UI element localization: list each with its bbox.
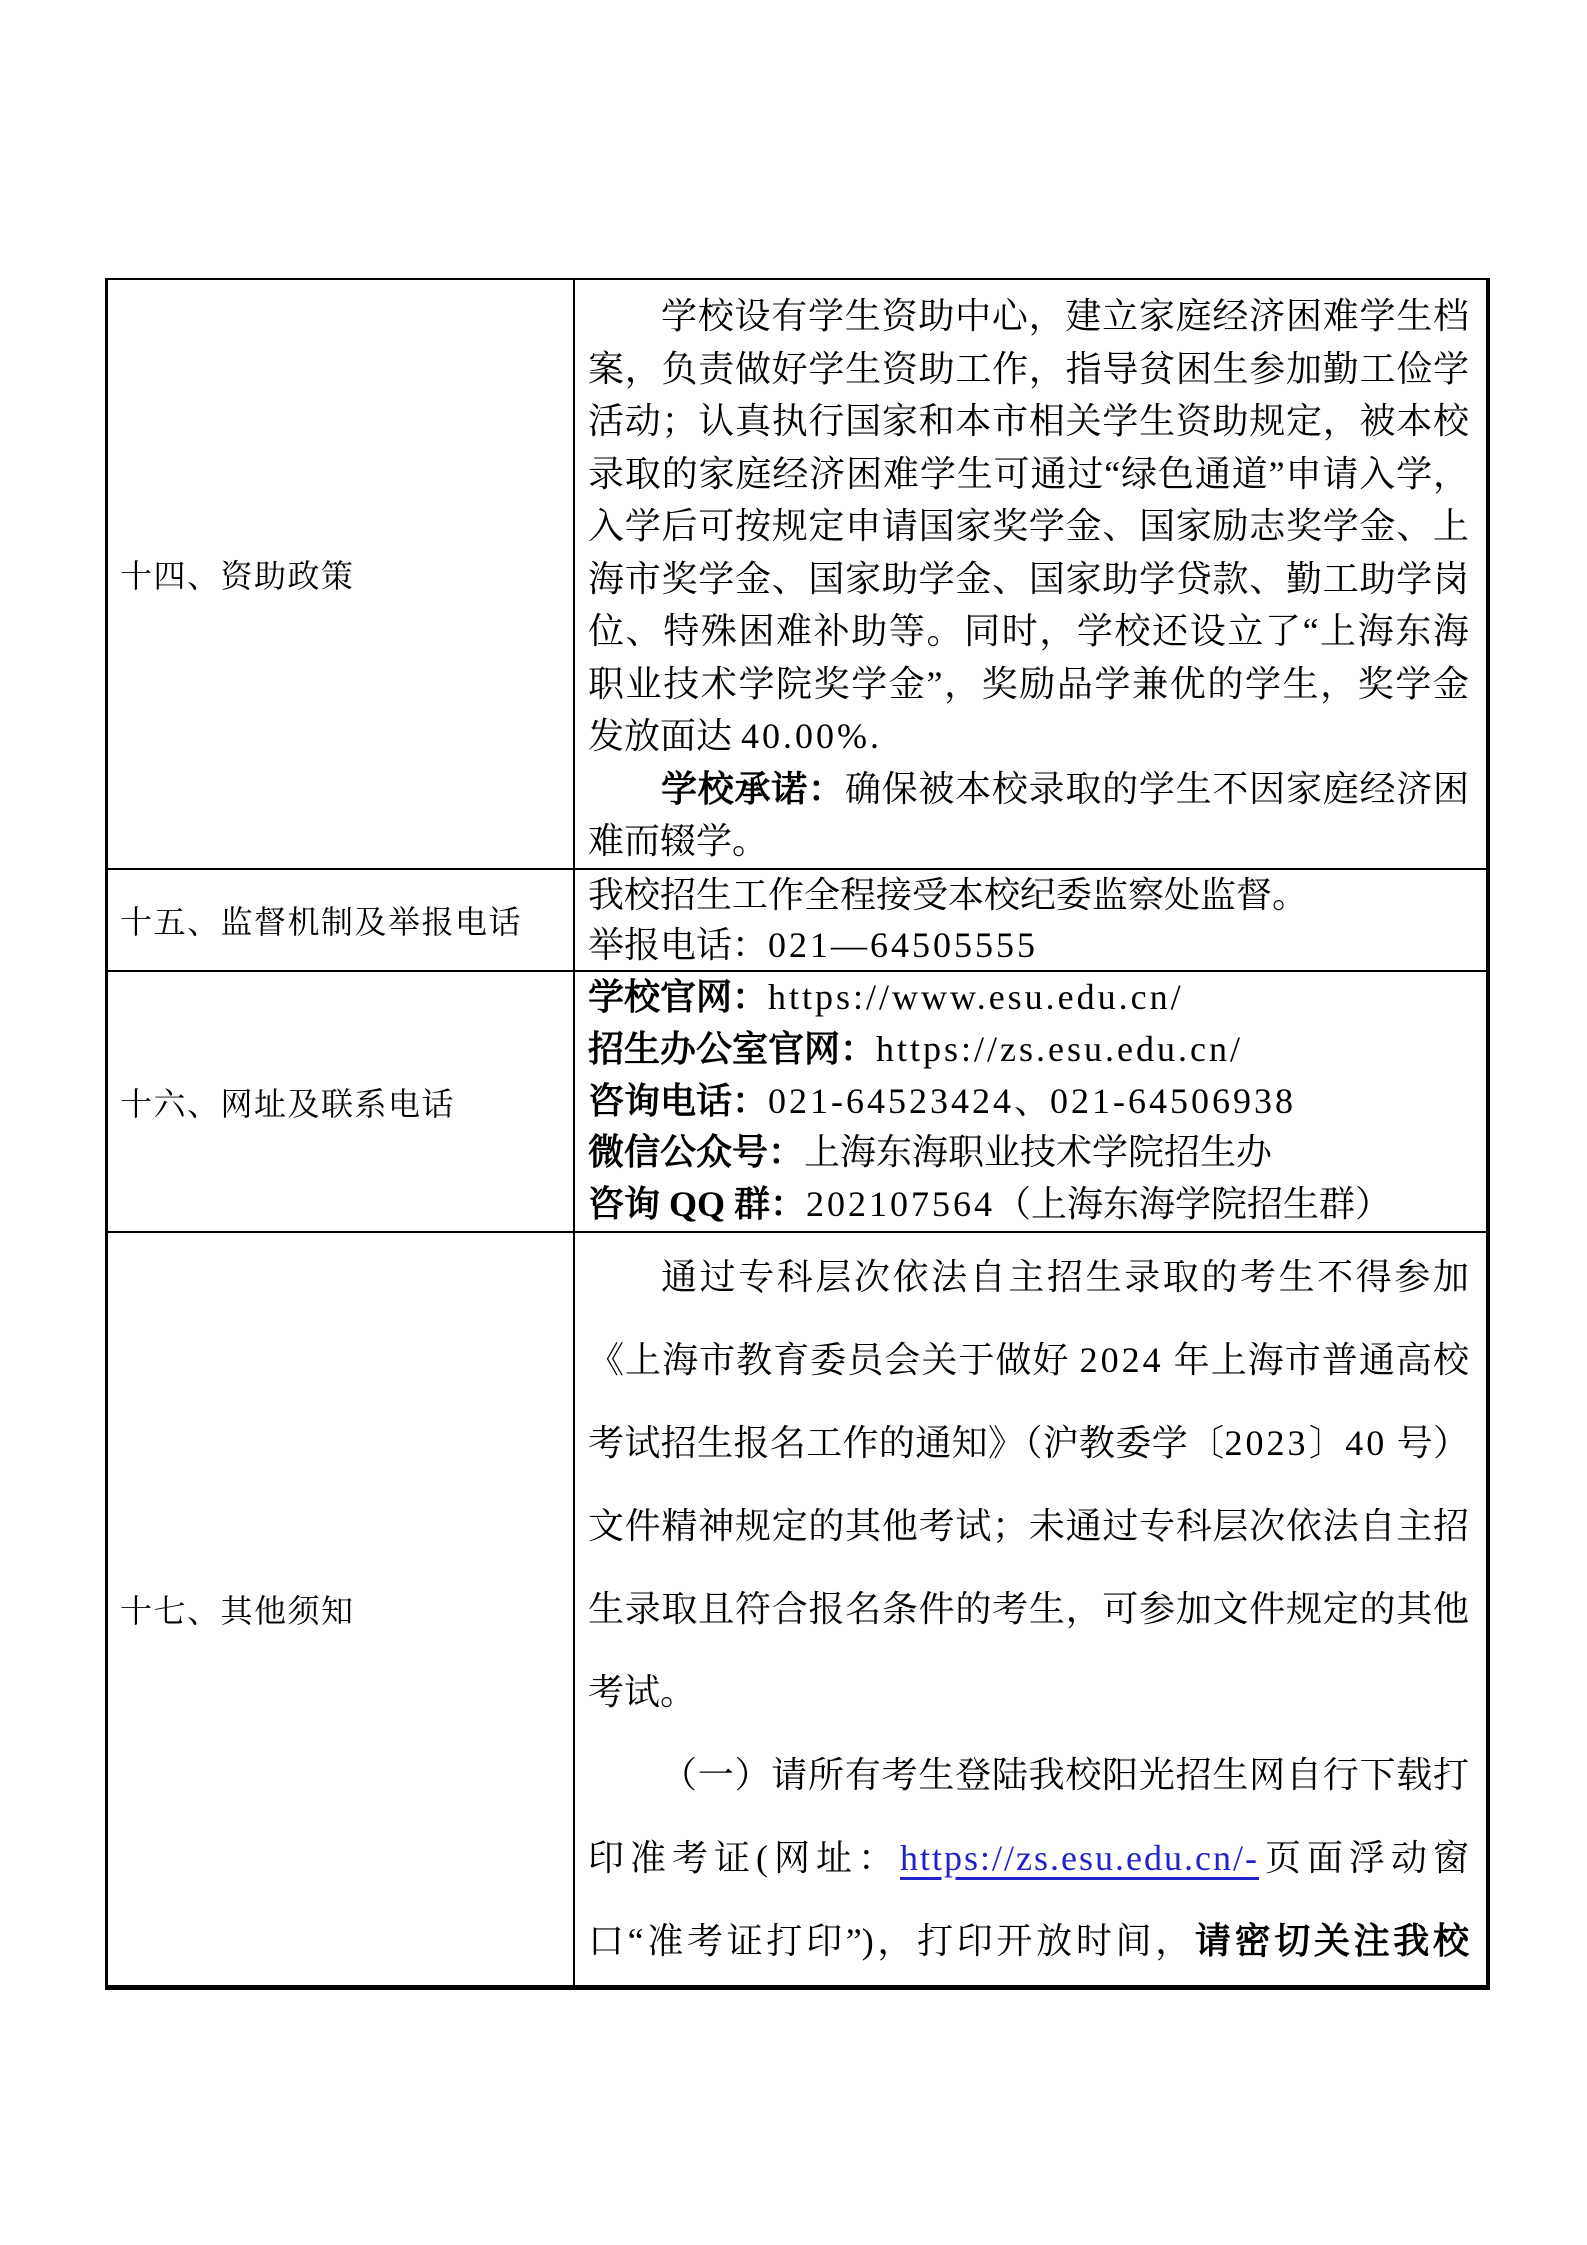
- row-label: 十四、资助政策: [108, 280, 575, 868]
- text-line: 文件精神规定的其他考试；未通过专科层次依法自主招: [588, 1485, 1469, 1568]
- row-content: 学校官网：https://www.esu.edu.cn/招生办公室官网：http…: [575, 972, 1486, 1231]
- text-segment: 021-64523424: [768, 1081, 1014, 1121]
- row-label: 十六、网址及联系电话: [108, 972, 575, 1231]
- admissions-table: 十四、资助政策学校设有学生资助中心，建立家庭经济困难学生档案，负责做好学生资助工…: [105, 278, 1490, 1990]
- text-line: 咨询电话：021-64523424、021-64506938: [588, 1076, 1469, 1128]
- text-segment: 2024: [1080, 1340, 1164, 1380]
- text-line: （一）请所有考生登陆我校阳光招生网自行下载打: [588, 1734, 1469, 1817]
- text-line: 海市奖学金、国家助学金、国家助学贷款、勤工助学岗: [588, 553, 1469, 606]
- text-segment: 2023: [1225, 1423, 1309, 1463]
- row-content: 我校招生工作全程接受本校纪委监察处监督。举报电话：021—64505555: [575, 870, 1486, 970]
- bold-text-segment: 学校官网：: [588, 977, 768, 1017]
- text-line: 生录取且符合报名条件的考生，可参加文件规定的其他: [588, 1568, 1469, 1651]
- text-segment: 考试招生报名工作的通知》（沪教委学〔: [588, 1423, 1225, 1463]
- text-segment: 考试。: [588, 1672, 696, 1712]
- text-segment: 生录取且符合报名条件的考生，可参加文件规定的其他: [588, 1589, 1469, 1629]
- row-label: 十五、监督机制及举报电话: [108, 870, 575, 970]
- table-row: 十七、其他须知通过专科层次依法自主招生录取的考生不得参加《上海市教育委员会关于做…: [108, 1233, 1486, 1985]
- text-line: 学校承诺：确保被本校录取的学生不因家庭经济困: [588, 763, 1469, 816]
- text-segment: 202107564: [806, 1184, 995, 1224]
- text-line: 案，负责做好学生资助工作，指导贫困生参加勤工俭学: [588, 343, 1469, 396]
- text-segment: 文件精神规定的其他考试；未通过专科层次依法自主招: [588, 1506, 1469, 1546]
- text-line: 职业技术学院奖学金”，奖励品学兼优的学生，奖学金: [588, 658, 1469, 711]
- text-line: 入学后可按规定申请国家奖学金、国家励志奖学金、上: [588, 500, 1469, 553]
- text-segment: 年上海市普通高校: [1164, 1340, 1469, 1380]
- text-segment: 号）: [1387, 1423, 1469, 1463]
- text-segment: 021—64505555: [768, 925, 1038, 965]
- text-line: 位、特殊困难补助等。同时，学校还设立了“上海东海: [588, 605, 1469, 658]
- text-line: 《上海市教育委员会关于做好 2024 年上海市普通高校: [588, 1319, 1469, 1402]
- admission-site-link[interactable]: https://zs.esu.edu.cn/-: [900, 1838, 1259, 1878]
- row-content: 学校设有学生资助中心，建立家庭经济困难学生档案，负责做好学生资助工作，指导贫困生…: [575, 280, 1486, 868]
- text-segment: 021-64506938: [1050, 1081, 1296, 1121]
- text-segment: 《上海市教育委员会关于做好: [588, 1340, 1080, 1380]
- text-segment: 上海东海职业技术学院招生办: [804, 1132, 1272, 1172]
- text-segment: 学校设有学生资助中心，建立家庭经济困难学生档: [661, 296, 1469, 336]
- text-line: 活动；认真执行国家和本市相关学生资助规定，被本校: [588, 395, 1469, 448]
- bold-text-segment: 咨询电话：: [588, 1081, 768, 1121]
- text-line: 考试。: [588, 1651, 1469, 1734]
- row-content: 通过专科层次依法自主招生录取的考生不得参加《上海市教育委员会关于做好 2024 …: [575, 1233, 1486, 1985]
- bold-text-segment: 请密切关注我校: [1195, 1921, 1469, 1961]
- text-line: 招生办公室官网：https://zs.esu.edu.cn/: [588, 1024, 1469, 1076]
- table-row: 十六、网址及联系电话学校官网：https://www.esu.edu.cn/招生…: [108, 972, 1486, 1233]
- text-line: 咨询 QQ 群：202107564（上海东海学院招生群）: [588, 1179, 1469, 1231]
- text-segment: https://zs.esu.edu.cn/: [876, 1029, 1243, 1069]
- text-segment: 确保被本校录取的学生不因家庭经济困: [845, 769, 1469, 809]
- bold-text-segment: 微信公众号：: [588, 1132, 804, 1172]
- table-row: 十四、资助政策学校设有学生资助中心，建立家庭经济困难学生档案，负责做好学生资助工…: [108, 280, 1486, 870]
- text-segment: 举报电话：: [588, 925, 768, 965]
- text-segment: 位、特殊困难补助等。同时，学校还设立了“上海东海: [588, 611, 1469, 651]
- text-line: 口“准考证打印”)，打印开放时间，请密切关注我校: [588, 1900, 1469, 1983]
- text-segment: 我校招生工作全程接受本校纪委监察处监督。: [588, 875, 1308, 915]
- text-segment: 40: [1345, 1423, 1387, 1463]
- bold-text-segment: 咨询 QQ 群：: [588, 1184, 806, 1224]
- text-segment: 职业技术学院奖学金”，奖励品学兼优的学生，奖学金: [588, 664, 1469, 704]
- text-segment: 活动；认真执行国家和本市相关学生资助规定，被本校: [588, 401, 1469, 441]
- bold-text-segment: 招生办公室官网：: [588, 1029, 876, 1069]
- text-segment: 〕: [1309, 1423, 1346, 1463]
- text-segment: 录取的家庭经济困难学生可通过“绿色通道”申请入学，: [588, 454, 1469, 494]
- text-segment: 、: [1014, 1081, 1050, 1121]
- text-segment: 海市奖学金、国家助学金、国家助学贷款、勤工助学岗: [588, 559, 1469, 599]
- text-line: 印准考证(网址：https://zs.esu.edu.cn/-页面浮动窗: [588, 1817, 1469, 1900]
- text-segment: 口“准考证打印”)，打印开放时间，: [588, 1921, 1195, 1961]
- text-line: 通过专科层次依法自主招生录取的考生不得参加: [588, 1236, 1469, 1319]
- text-segment: 40.00%.: [741, 716, 882, 756]
- text-line: 学校官网：https://www.esu.edu.cn/: [588, 972, 1469, 1024]
- text-segment: 通过专科层次依法自主招生录取的考生不得参加: [661, 1257, 1469, 1297]
- text-segment: 页面浮动窗: [1259, 1838, 1469, 1878]
- text-segment: 印准考证(网址：: [588, 1838, 900, 1878]
- text-segment: （上海东海学院招生群）: [995, 1184, 1391, 1224]
- text-line: 录取的家庭经济困难学生可通过“绿色通道”申请入学，: [588, 448, 1469, 501]
- text-line: 举报电话：021—64505555: [588, 920, 1469, 970]
- text-segment: 案，负责做好学生资助工作，指导贫困生参加勤工俭学: [588, 349, 1469, 389]
- text-line: 微信公众号：上海东海职业技术学院招生办: [588, 1127, 1469, 1179]
- text-line: 学校设有学生资助中心，建立家庭经济困难学生档: [588, 290, 1469, 343]
- text-line: 难而辍学。: [588, 815, 1469, 868]
- text-line: 考试招生报名工作的通知》（沪教委学〔2023〕40 号）: [588, 1402, 1469, 1485]
- row-label: 十七、其他须知: [108, 1233, 575, 1985]
- text-segment: 发放面达: [588, 716, 741, 756]
- text-line: 我校招生工作全程接受本校纪委监察处监督。: [588, 870, 1469, 920]
- table-row: 十五、监督机制及举报电话我校招生工作全程接受本校纪委监察处监督。举报电话：021…: [108, 870, 1486, 972]
- bold-text-segment: 学校承诺：: [661, 769, 845, 809]
- text-segment: https://www.esu.edu.cn/: [768, 977, 1184, 1017]
- text-segment: （一）请所有考生登陆我校阳光招生网自行下载打: [661, 1755, 1469, 1795]
- text-line: 发放面达 40.00%.: [588, 710, 1469, 763]
- text-segment: 入学后可按规定申请国家奖学金、国家励志奖学金、上: [588, 506, 1469, 546]
- text-segment: 难而辍学。: [588, 821, 768, 861]
